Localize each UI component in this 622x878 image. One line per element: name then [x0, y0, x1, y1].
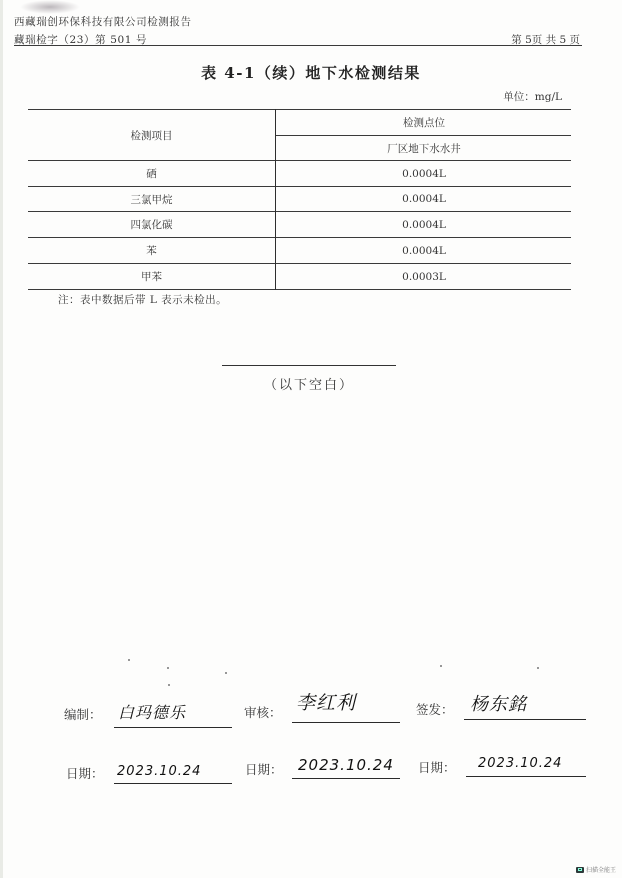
table-note: 注：表中数据后带 L 表示未检出。 — [58, 292, 227, 307]
compiled-sign-line — [114, 727, 232, 728]
table-bottom-rule — [28, 289, 571, 290]
reviewed-date-label: 日期： — [245, 760, 283, 778]
row-value: 0.0003L — [277, 264, 571, 289]
reviewed-sign-line — [292, 722, 400, 723]
header-location-name: 厂区地下水水井 — [277, 136, 571, 160]
row-value: 0.0004L — [277, 187, 571, 211]
row-value: 0.0004L — [277, 161, 571, 186]
unit-label: 单位：mg/L — [503, 89, 562, 104]
scan-speck — [128, 659, 130, 661]
row-item: 三氯甲烷 — [28, 187, 275, 211]
row-value: 0.0004L — [277, 212, 571, 237]
scan-speck — [440, 665, 442, 667]
approved-date-label: 日期： — [418, 758, 456, 776]
approved-date: 2023.10.24 — [478, 756, 562, 771]
compiled-label: 编制： — [64, 705, 102, 723]
approved-sign-line — [464, 719, 586, 720]
results-table: 检测项目 检测点位 厂区地下水水井 硒 0.0004L 三氯甲烷 0.0004L… — [28, 109, 571, 290]
approved-date-line — [466, 776, 586, 777]
row-item: 甲苯 — [28, 264, 275, 289]
approved-label: 签发： — [416, 700, 454, 718]
company-header: 西藏瑞创环保科技有限公司检测报告 — [14, 14, 192, 29]
header-location: 检测点位 — [277, 110, 571, 135]
watermark-text: 扫描全能王 — [586, 865, 616, 874]
scan-edge — [0, 0, 3, 878]
header-rule — [14, 45, 582, 46]
scanner-watermark: 扫描全能王 — [576, 865, 616, 874]
blank-marker: （以下空白） — [222, 374, 396, 393]
approved-signature: 杨东銘 — [470, 690, 527, 716]
table-title: 表 4-1（续）地下水检测结果 — [0, 62, 622, 83]
header-item: 检测项目 — [28, 110, 275, 160]
reviewed-label: 审核： — [244, 703, 282, 721]
reviewed-date-line — [292, 778, 400, 779]
row-item: 四氯化碳 — [28, 212, 275, 237]
scan-speck — [168, 684, 170, 686]
compiled-date-line — [114, 783, 232, 784]
row-item: 硒 — [28, 161, 275, 186]
scan-shadow — [20, 0, 80, 14]
scanner-logo-icon — [576, 867, 584, 873]
reviewed-signature: 李红利 — [296, 688, 356, 715]
reviewed-date: 2023.10.24 — [298, 756, 394, 774]
row-item: 苯 — [28, 238, 275, 263]
scan-speck — [537, 667, 539, 669]
blank-rule — [222, 365, 396, 366]
compiled-date-label: 日期： — [66, 764, 104, 782]
scan-speck — [167, 667, 169, 669]
scan-speck — [225, 672, 227, 674]
compiled-signature: 白玛德乐 — [118, 700, 186, 723]
compiled-date: 2023.10.24 — [117, 764, 201, 779]
row-value: 0.0004L — [277, 238, 571, 263]
